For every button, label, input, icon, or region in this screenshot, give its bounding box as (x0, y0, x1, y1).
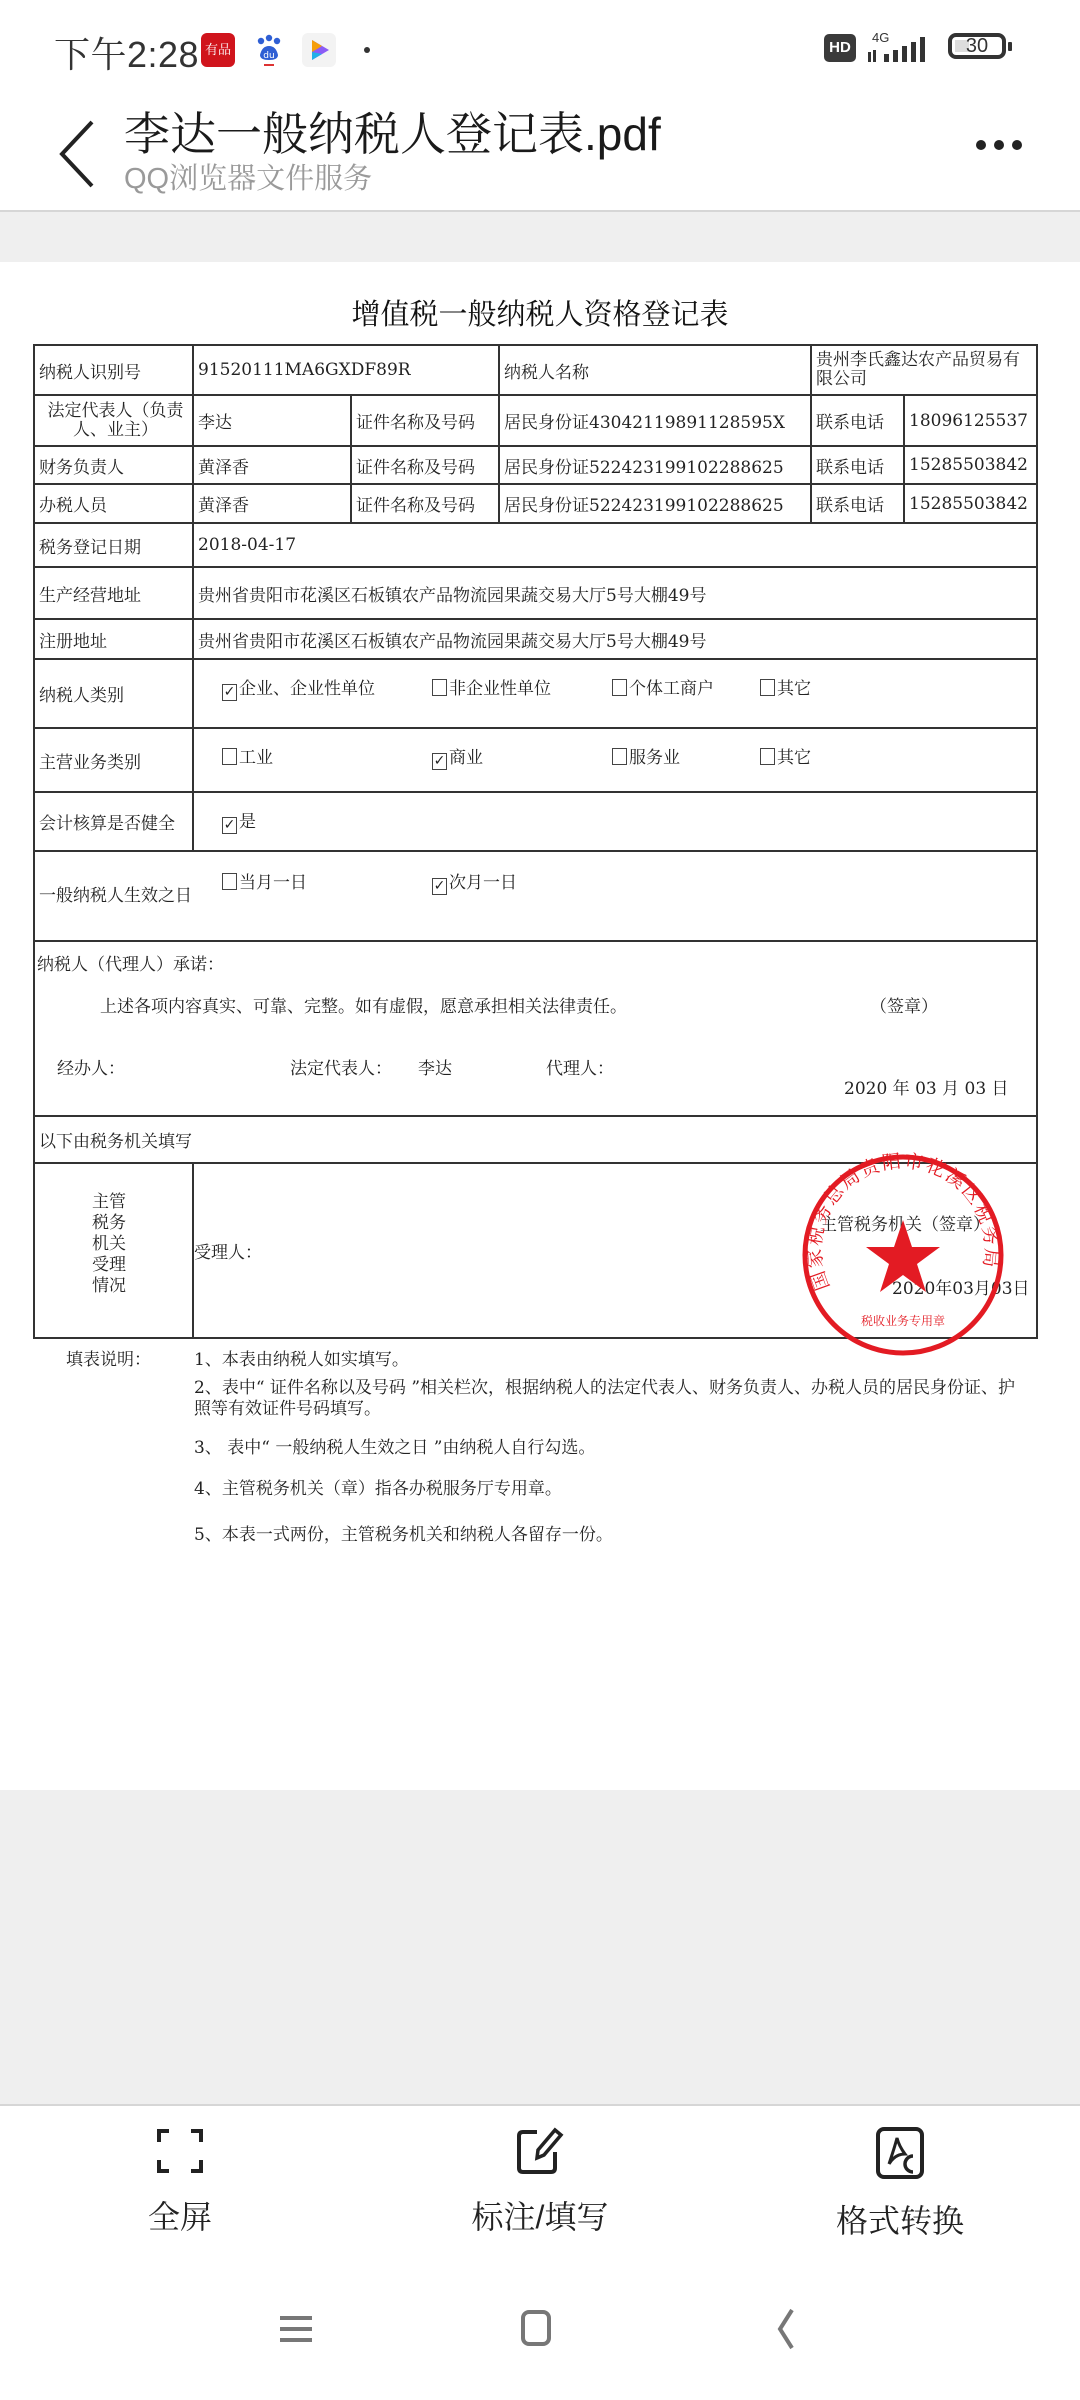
label-id: 证件名称及号码 (352, 447, 498, 483)
checkbox-checked-icon[interactable]: ✓ (432, 753, 447, 770)
label-effective-date: 一般纳税人生效之日 (35, 852, 192, 940)
receiver-label: 受理人： (194, 1238, 262, 1263)
svg-text:税收业务专用章: 税收业务专用章 (861, 1313, 945, 1328)
file-source: QQ浏览器文件服务 (124, 156, 372, 197)
taxpayer-type-option[interactable]: 其它 (760, 674, 811, 699)
system-nav-bar (0, 2264, 1080, 2400)
table-border (1036, 344, 1038, 1337)
home-icon (506, 2304, 566, 2354)
hd-voice-icon: HD (824, 34, 856, 62)
checkbox-checked-icon[interactable]: ✓ (222, 684, 237, 701)
battery-icon: 30 (948, 33, 1006, 59)
bottom-toolbar: 全屏 标注/填写 格式转换 (0, 2104, 1080, 2266)
option-label: 服务业 (629, 748, 680, 768)
title-bar: 李达一般纳税人登记表.pdf QQ浏览器文件服务 (0, 90, 1080, 212)
edit-icon (515, 2126, 565, 2176)
checkbox-empty-icon[interactable] (432, 679, 447, 696)
note-item: 3、 表中“ 一般纳税人生效之日 ”由纳税人自行勾选。 (194, 1433, 595, 1458)
signal-icon (866, 36, 934, 64)
more-dots-icon (972, 147, 1026, 164)
tax-staff-id: 居民身份证522423199102288625 (500, 485, 810, 522)
checkbox-empty-icon[interactable] (612, 679, 627, 696)
chevron-left-icon (50, 110, 110, 190)
option-label: 非企业性单位 (449, 679, 551, 699)
notes-label: 填表说明： (66, 1345, 151, 1370)
taxpayer-name-value: 贵州李氏鑫达农产品贸易有限公司 (812, 346, 1036, 394)
pledge-date: 2020 年 03 月 03 日 (844, 1074, 1009, 1099)
back-icon (756, 2304, 816, 2354)
label-taxpayer-id: 纳税人识别号 (35, 346, 192, 394)
taxpayer-id-value: 91520111MA6GXDF89R (194, 346, 498, 394)
checkbox-checked-icon[interactable]: ✓ (222, 817, 237, 834)
label-legal-rep: 法定代表人（负责人、业主） (35, 396, 192, 445)
tax-staff-phone: 15285503842 (905, 485, 1036, 522)
label-registered-address: 注册地址 (35, 620, 192, 658)
business-type-option[interactable]: 工业 (222, 743, 273, 768)
checkbox-empty-icon[interactable] (760, 748, 775, 765)
label-reg-date: 税务登记日期 (35, 524, 192, 566)
baidu-app-icon: du (252, 33, 286, 67)
more-options-button[interactable] (972, 130, 1032, 160)
fullscreen-label: 全屏 (60, 2192, 300, 2238)
official-stamp: 国家税务总局贵阳市花溪区税务局 税收业务专用章 (800, 1152, 1006, 1358)
status-time: 下午2:28 (54, 27, 199, 78)
pledge-statement: 上述各项内容真实、可靠、完整。如有虚假，愿意承担相关法律责任。 (100, 992, 627, 1017)
form-title: 增值税一般纳税人资格登记表 (0, 292, 1080, 333)
label-business-address: 生产经营地址 (35, 568, 192, 618)
pledge-seal-label: （签章） (870, 992, 938, 1017)
option-label: 其它 (777, 679, 811, 699)
effective-date-option[interactable]: 当月一日 (222, 868, 307, 893)
business-type-option[interactable]: ✓商业 (432, 743, 483, 770)
pdf-page[interactable]: 增值税一般纳税人资格登记表 纳税人识别号91520111MA6GXDF89R纳税… (0, 262, 1080, 1790)
label-tax-staff: 办税人员 (35, 485, 192, 522)
reg-date-value: 2018-04-17 (194, 524, 1036, 566)
option-label: 其它 (777, 748, 811, 768)
finance-id: 居民身份证522423199102288625 (500, 447, 810, 483)
label-id: 证件名称及号码 (352, 396, 498, 445)
option-label: 当月一日 (239, 873, 307, 893)
svg-text:du: du (263, 51, 274, 61)
label-accounting-sound: 会计核算是否健全 (35, 793, 192, 850)
registered-address-value: 贵州省贵阳市花溪区石板镇农产品物流园果蔬交易大厅5号大棚49号 (194, 620, 1036, 658)
checkbox-empty-icon[interactable] (222, 748, 237, 765)
option-label: 商业 (449, 748, 483, 768)
video-app-icon (302, 33, 336, 67)
fullscreen-icon (155, 2126, 205, 2176)
youpin-app-icon: 有品 (201, 33, 235, 67)
home-button[interactable] (506, 2304, 566, 2354)
option-label: 企业、企业性单位 (239, 679, 375, 699)
note-item: 1、本表由纳税人如实填写。 (194, 1345, 409, 1370)
tax-office-side-label: 主管 税务 机关 受理 情况 (92, 1192, 126, 1297)
annotate-fill-button[interactable]: 标注/填写 (420, 2126, 660, 2238)
label-taxpayer-type: 纳税人类别 (35, 660, 192, 727)
taxpayer-type-option[interactable]: ✓企业、企业性单位 (222, 674, 375, 701)
fullscreen-button[interactable]: 全屏 (60, 2126, 300, 2238)
note-item: 5、本表一式两份，主管税务机关和纳税人各留存一份。 (194, 1520, 613, 1545)
note-item: 2、表中“ 证件名称以及号码 ”相关栏次，根据纳税人的法定代表人、财务负责人、办… (194, 1378, 1024, 1420)
taxpayer-type-option[interactable]: 非企业性单位 (432, 674, 551, 699)
annotate-fill-label: 标注/填写 (420, 2192, 660, 2238)
battery-level: 30 (966, 35, 988, 57)
label-business-type: 主营业务类别 (35, 729, 192, 791)
checkbox-empty-icon[interactable] (612, 748, 627, 765)
option-label: 工业 (239, 748, 273, 768)
option-label: 次月一日 (449, 873, 517, 893)
finance-name: 黄泽香 (194, 447, 350, 483)
legal-rep-sign-value: 李达 (418, 1054, 452, 1079)
pdf-convert-icon (875, 2126, 925, 2180)
legal-rep-name: 李达 (194, 396, 350, 445)
more-notifications-dot (364, 47, 370, 53)
legal-rep-id: 居民身份证43042119891128595X (500, 396, 810, 445)
legal-rep-sign-label: 法定代表人： (290, 1054, 392, 1079)
agent-label: 代理人： (546, 1054, 614, 1079)
file-title: 李达一般纳税人登记表.pdf (124, 98, 661, 164)
finance-phone: 15285503842 (905, 447, 1036, 483)
format-convert-label: 格式转换 (780, 2196, 1020, 2242)
business-type-option[interactable]: 其它 (760, 743, 811, 768)
label-phone: 联系电话 (812, 396, 903, 445)
back-button[interactable] (50, 110, 110, 190)
back-nav-button[interactable] (756, 2304, 816, 2354)
pledge-heading: 纳税人（代理人）承诺： (37, 950, 224, 975)
business-address-value: 贵州省贵阳市花溪区石板镇农产品物流园果蔬交易大厅5号大棚49号 (194, 568, 1036, 618)
taxpayer-type-option[interactable]: 个体工商户 (612, 674, 714, 699)
handler-label: 经办人： (57, 1054, 125, 1079)
legal-rep-phone: 18096125537 (905, 396, 1036, 445)
label-finance: 财务负责人 (35, 447, 192, 483)
checkbox-empty-icon[interactable] (760, 679, 775, 696)
label-phone: 联系电话 (812, 485, 903, 522)
business-type-option[interactable]: 服务业 (612, 743, 680, 768)
table-border (33, 940, 1038, 942)
accounting-sound-option[interactable]: ✓是 (222, 807, 256, 834)
tax-staff-name: 黄泽香 (194, 485, 350, 522)
checkbox-empty-icon[interactable] (222, 873, 237, 890)
effective-date-option[interactable]: ✓次月一日 (432, 868, 517, 895)
status-bar: 下午2:28 有品 du HD 4G 30 (0, 0, 1080, 90)
option-label: 个体工商户 (629, 679, 714, 699)
label-taxpayer-name: 纳税人名称 (500, 346, 810, 394)
checkbox-checked-icon[interactable]: ✓ (432, 878, 447, 895)
menu-icon (266, 2304, 326, 2354)
label-phone: 联系电话 (812, 447, 903, 483)
format-convert-button[interactable]: 格式转换 (780, 2126, 1020, 2242)
note-item: 4、主管税务机关（章）指各办税服务厅专用章。 (194, 1474, 562, 1499)
menu-button[interactable] (266, 2304, 326, 2354)
option-label: 是 (239, 812, 256, 832)
label-id: 证件名称及号码 (352, 485, 498, 522)
